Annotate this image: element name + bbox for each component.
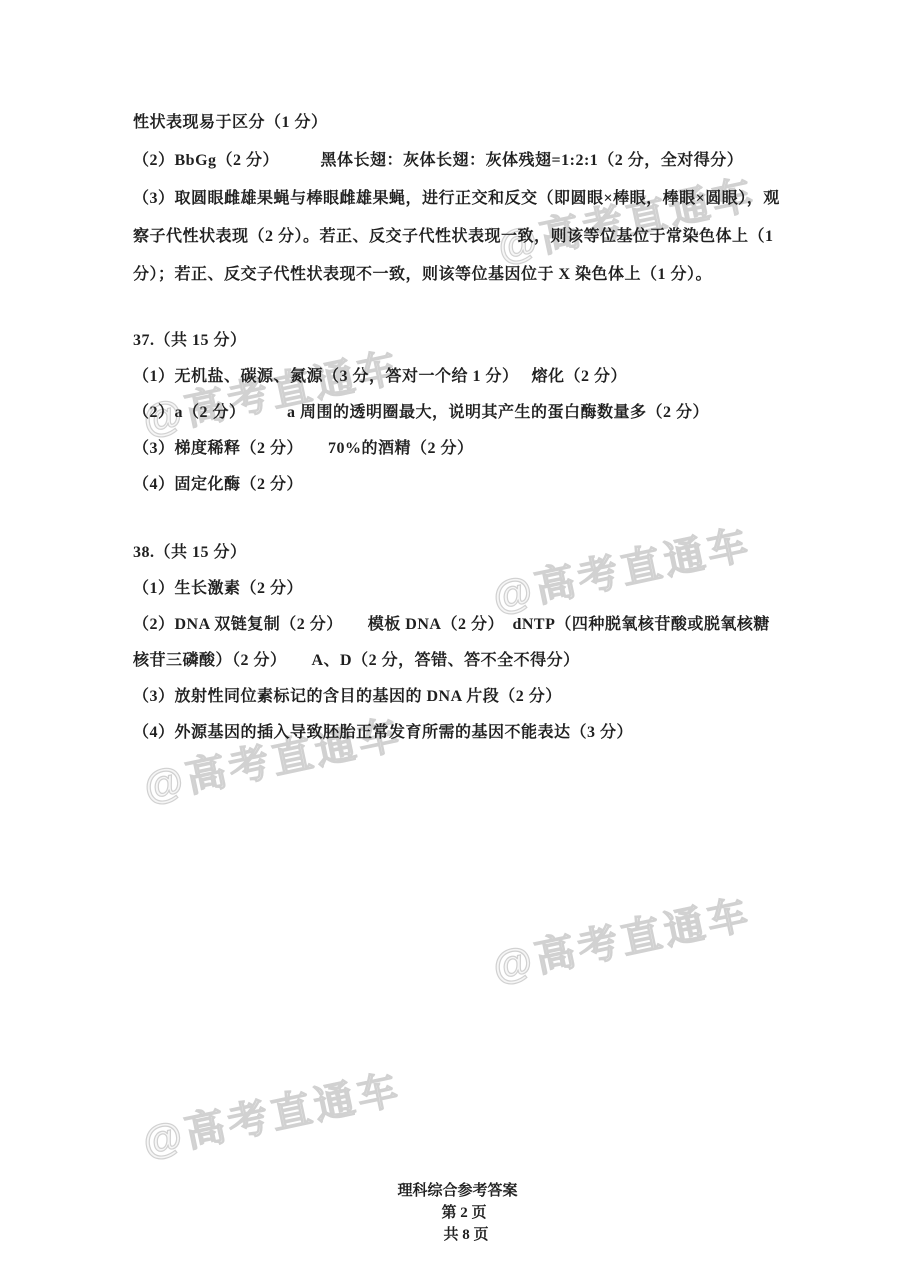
- answer-line: （3）放射性同位素标记的含目的基因的 DNA 片段（2 分）: [133, 679, 813, 715]
- answer-line: （4）固定化酶（2 分）: [133, 467, 813, 503]
- answer-section-36-continuation: 性状表现易于区分（1 分） （2）BbGg（2 分） 黑体长翅：灰体长翅：灰体残…: [133, 104, 813, 294]
- question-38-heading: 38.（共 15 分）: [133, 535, 813, 571]
- answer-line: （1）生长激素（2 分）: [133, 571, 813, 607]
- answer-section-38: 38.（共 15 分） （1）生长激素（2 分） （2）DNA 双链复制（2 分…: [133, 535, 813, 751]
- answer-line: 分）；若正、反交子代性状表现不一致，则该等位基因位于 X 染色体上（1 分）。: [133, 256, 813, 294]
- question-37-heading: 37.（共 15 分）: [133, 323, 813, 359]
- answer-section-37: 37.（共 15 分） （1）无机盐、碳源、氮源（3 分，答对一个给 1 分） …: [133, 323, 813, 503]
- answer-line: （2）a（2 分） a 周围的透明圈最大，说明其产生的蛋白酶数量多（2 分）: [133, 395, 813, 431]
- answer-line: （2）BbGg（2 分） 黑体长翅：灰体长翅：灰体残翅=1:2:1（2 分，全对…: [133, 142, 813, 180]
- answer-line: 核苷三磷酸）（2 分） A、D（2 分，答错、答不全不得分）: [133, 643, 813, 679]
- watermark-text: @高考直通车: [487, 882, 756, 992]
- answer-line: （2）DNA 双链复制（2 分） 模板 DNA（2 分） dNTP（四种脱氧核苷…: [133, 607, 813, 643]
- answer-line: （1）无机盐、碳源、氮源（3 分，答对一个给 1 分） 熔化（2 分）: [133, 359, 813, 395]
- answer-line: （3）梯度稀释（2 分） 70%的酒精（2 分）: [133, 431, 813, 467]
- answer-line: 察子代性状表现（2 分）。若正、反交子代性状表现一致，则该等位基位于常染色体上（…: [133, 218, 813, 256]
- footer-page-number: 第 2 页: [441, 1202, 486, 1224]
- footer-doc-title: 理科综合参考答案: [397, 1180, 517, 1202]
- footer-page-total: 共 8 页: [443, 1224, 488, 1246]
- document-page: @高考直通车 @高考直通车 @高考直通车 @高考直通车 @高考直通车 @高考直通…: [0, 0, 900, 1272]
- answer-line: 性状表现易于区分（1 分）: [133, 104, 813, 142]
- page-footer: 理科综合参考答案 第 2 页 共 8 页: [0, 1158, 900, 1268]
- answer-line: （4）外源基因的插入导致胚胎正常发育所需的基因不能表达（3 分）: [133, 715, 813, 751]
- answer-line: （3）取圆眼雌雄果蝇与棒眼雌雄果蝇，进行正交和反交（即圆眼×棒眼，棒眼×圆眼），…: [133, 180, 813, 218]
- watermark-text: @高考直通车: [137, 1057, 406, 1167]
